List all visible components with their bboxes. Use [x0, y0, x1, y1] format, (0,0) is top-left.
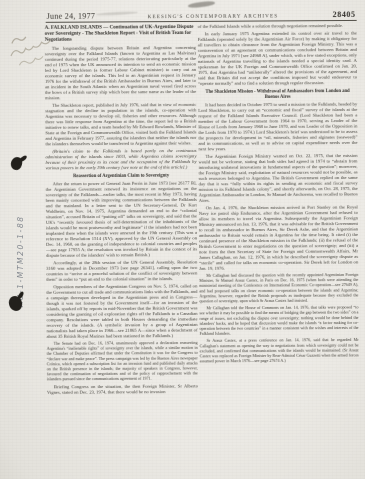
article-title: A. FALKLAND ISLANDS — Continuation of UK… [45, 24, 196, 43]
paragraph: The longstanding dispute between Britain… [45, 45, 196, 101]
paragraph-small-type: Sr Arauz Castex, at a press conference o… [200, 338, 359, 364]
paragraph: Briefing Congress on the situation, the … [47, 383, 198, 395]
page-number: 28405 [333, 10, 356, 19]
paragraph: It had been decided in October 1975 to s… [198, 101, 357, 151]
paragraph: On Jan. 4, 1976, the Shackleton mission … [199, 204, 358, 271]
paragraph: In early January 1975 Argentina extended… [198, 30, 357, 86]
left-column: A. FALKLAND ISLANDS — Continuation of UK… [45, 24, 198, 397]
paragraph: The Argentinian Foreign Ministry warned … [198, 153, 357, 203]
paragraph-italic-note: (Britain's claim to the Falklands is bas… [45, 148, 196, 171]
section-heading: The Shackleton Mission - Withdrawal of A… [198, 88, 357, 100]
paragraph: The Shackleton report, published in July… [45, 102, 196, 147]
paragraph: After the return to power of General Jua… [46, 180, 197, 258]
scan-content: June 24, 1977 KEESING'S CONTEMPORARY ARC… [0, 0, 365, 479]
header-date: June 24, 1977 [47, 12, 96, 21]
scanned-archive-page: June 24, 1977 KEESING'S CONTEMPORARY ARC… [0, 0, 365, 479]
handwritten-filing-code: AU-1-MTM20-1-88 [16, 155, 25, 307]
paragraph: Accordingly, at the 28th session of the … [46, 259, 197, 282]
paragraph-continuation: of the Falkland Islands while a solution… [198, 23, 357, 29]
right-column: of the Falkland Islands while a solution… [198, 23, 359, 366]
paragraph-small-type: The Senate had on Dec. 16, 1974, unanimo… [47, 340, 198, 382]
masthead-title: KEESING'S CONTEMPORARY ARCHIVES [148, 13, 279, 20]
paragraph-small-type: Mr Callaghan told the House of Commons o… [199, 305, 358, 337]
section-heading: Reassertion of Argentinian Claim to Sove… [46, 173, 197, 179]
paragraph: Opposition members of the Argentinian Co… [46, 283, 197, 339]
paragraph-small-type: Mr Callaghan had discussed the question … [199, 272, 358, 304]
